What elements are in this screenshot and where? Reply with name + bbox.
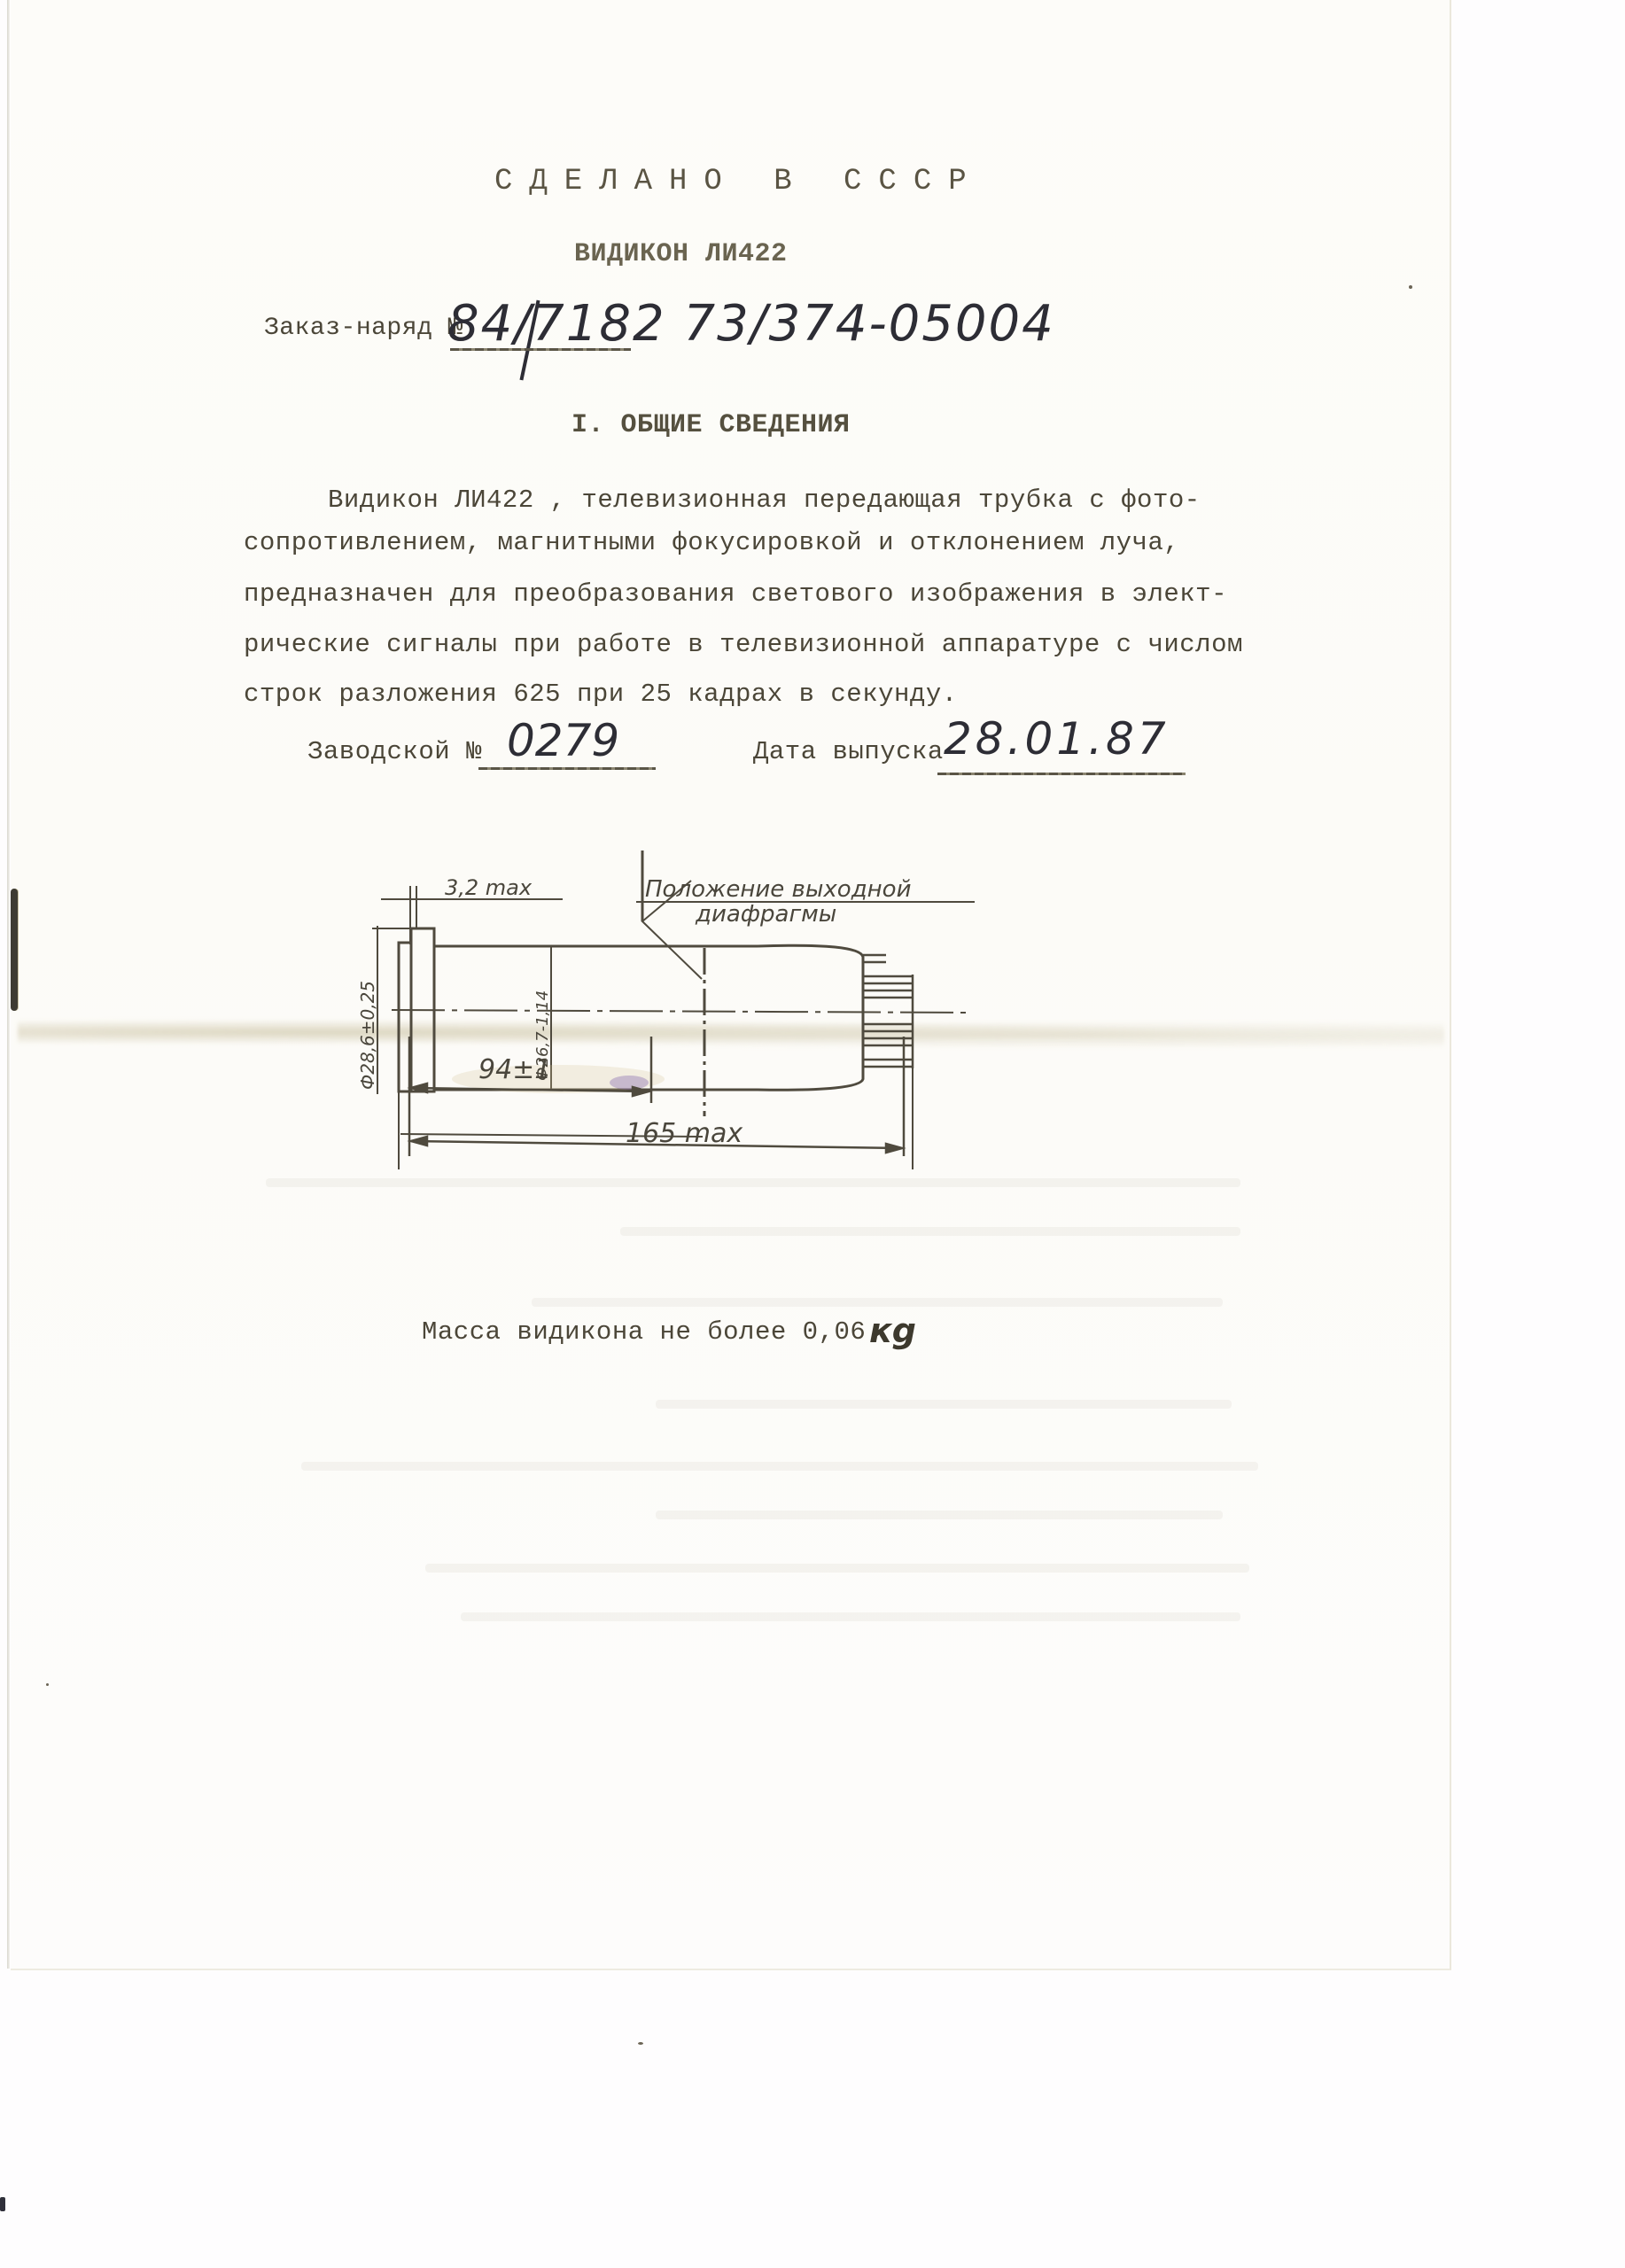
show-through-text xyxy=(266,1178,1240,1187)
dim-flange-label: 3,2 max xyxy=(445,875,533,900)
paragraph-line: рические сигналы при работе в телевизион… xyxy=(244,630,1243,659)
show-through-text xyxy=(620,1227,1240,1236)
callout-line-1: Положение выходной xyxy=(645,876,912,903)
order-label: Заказ-наряд № xyxy=(264,315,463,342)
factory-number-underline xyxy=(478,767,656,770)
paper-speck xyxy=(638,2042,643,2045)
factory-number-label: Заводской № xyxy=(307,737,482,766)
callout-line-2: диафрагмы xyxy=(695,901,836,928)
page-left-edge xyxy=(7,0,10,1969)
release-date-label: Дата выпуска xyxy=(753,737,944,766)
staple xyxy=(11,889,18,1011)
scan-mark xyxy=(0,2197,5,2211)
show-through-text xyxy=(425,1564,1249,1573)
made-in-ussr-header: СДЕЛАНО В СССР xyxy=(494,165,984,198)
show-through-text xyxy=(656,1400,1232,1409)
paragraph-line: Видикон ЛИ422 , телевизионная передающая… xyxy=(328,485,1201,515)
show-through-text xyxy=(656,1511,1223,1519)
show-through-text xyxy=(461,1612,1240,1621)
product-title: ВИДИКОН ЛИ422 xyxy=(574,239,788,269)
order-underline xyxy=(450,348,631,351)
paragraph-line: предназначен для преобразования световог… xyxy=(244,579,1227,609)
length-dimension-lines xyxy=(390,1037,957,1178)
release-date-value: 28.01.87 xyxy=(944,713,1170,765)
show-through-text xyxy=(532,1298,1223,1307)
paper-speck xyxy=(46,1683,49,1686)
paragraph-line: строк разложения 625 при 25 кадрах в сек… xyxy=(244,680,958,709)
section-title: I. ОБЩИЕ СВЕДЕНИЯ xyxy=(571,410,851,440)
mass-statement: Масса видикона не более 0,06 xyxy=(422,1317,866,1347)
factory-number-value: 0279 xyxy=(507,715,619,766)
show-through-text xyxy=(301,1462,1258,1471)
paragraph-line: сопротивлением, магнитными фокусировкой … xyxy=(244,528,1179,557)
release-date-underline xyxy=(937,773,1186,775)
dim-outer-diameter: Ф28,6±0,25 xyxy=(357,981,378,1090)
paper-speck xyxy=(1409,285,1412,289)
mass-unit: кg xyxy=(869,1311,916,1350)
